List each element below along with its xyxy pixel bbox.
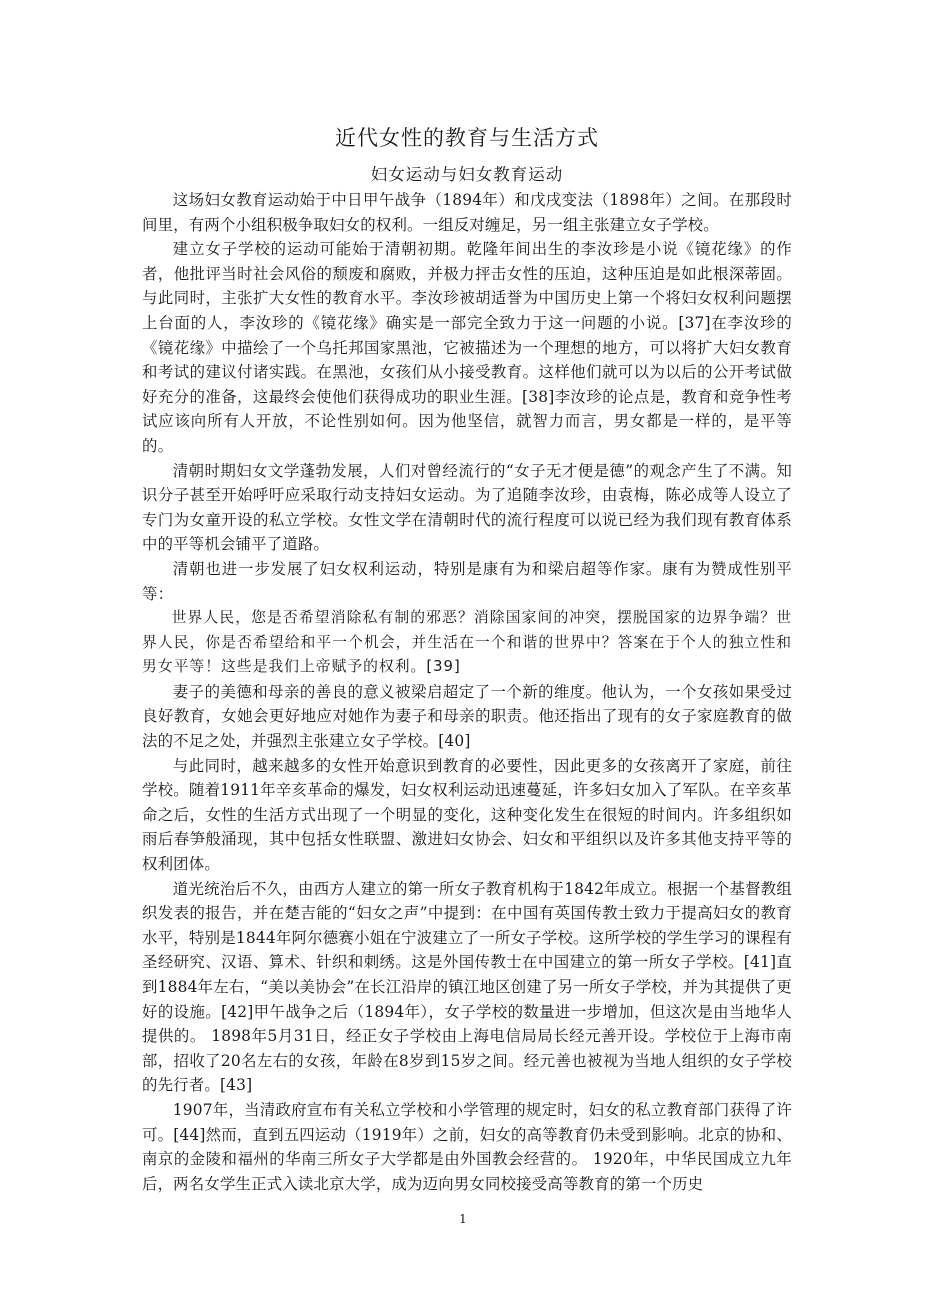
document-page: 近代女性的教育与生活方式 妇女运动与妇女教育运动 这场妇女教育运动始于中日甲午战… xyxy=(142,120,792,1196)
section-heading: 妇女运动与妇女教育运动 xyxy=(142,162,792,188)
paragraph: 妻子的美德和母亲的善良的意义被梁启超定了一个新的维度。他认为，一个女孩如果受过良… xyxy=(142,680,792,754)
paragraph: 1907年，当清政府宣布有关私立学校和小学管理的规定时，妇女的私立教育部门获得了… xyxy=(142,1098,792,1196)
paragraph: 建立女子学校的运动可能始于清朝初期。乾隆年间出生的李汝珍是小说《镜花缘》的作者，… xyxy=(142,237,792,458)
page-number: 1 xyxy=(0,1212,926,1226)
paragraph: 清朝时期妇女文学蓬勃发展，人们对曾经流行的“女子无才便是德”的观念产生了不满。知… xyxy=(142,459,792,557)
paragraph: 与此同时，越来越多的女性开始意识到教育的必要性，因此更多的女孩离开了家庭，前往学… xyxy=(142,754,792,877)
paragraph: 这场妇女教育运动始于中日甲午战争（1894年）和戊戌变法（1898年）之间。在那… xyxy=(142,188,792,237)
paragraph: 道光统治后不久，由西方人建立的第一所女子教育机构于1842年成立。根据一个基督教… xyxy=(142,877,792,1098)
document-title: 近代女性的教育与生活方式 xyxy=(142,120,792,156)
paragraph: 清朝也进一步发展了妇女权利运动，特别是康有为和梁启超等作家。康有为赞成性别平等： xyxy=(142,557,792,606)
block-quote: 世界人民，您是否希望消除私有制的邪恶？消除国家间的冲突，摆脱国家的边界争端？世界… xyxy=(142,606,792,680)
